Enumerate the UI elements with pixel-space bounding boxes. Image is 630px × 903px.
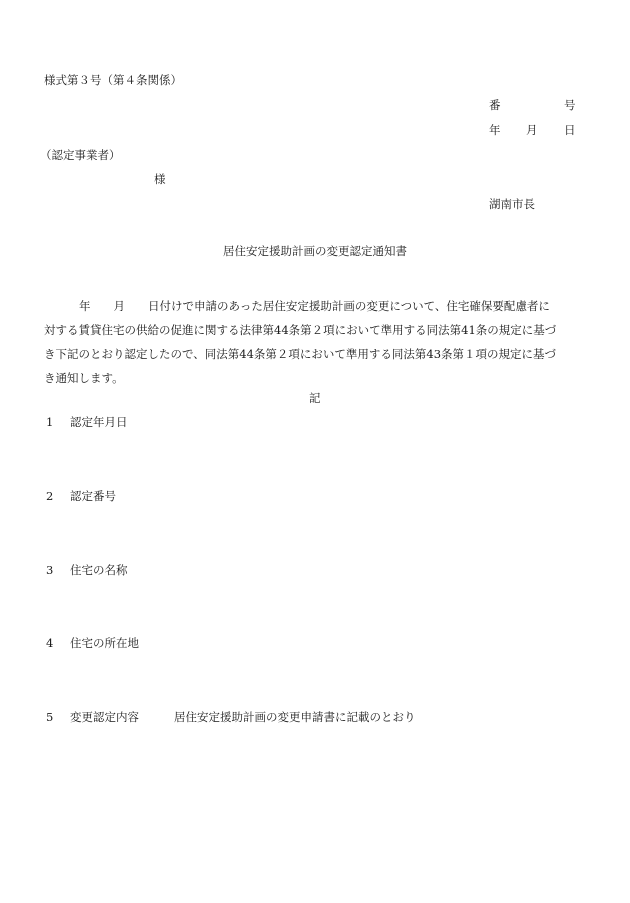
item-housing-name: 3住宅の名称 [46, 565, 128, 577]
item-number: 4 [46, 638, 70, 650]
item-label: 変更認定内容 [70, 710, 139, 724]
body-line-2: 対する賃貸住宅の供給の促進に関する法律第44条第２項において準用する同法第41条… [44, 318, 588, 342]
number-field-suffix: 号 [564, 100, 576, 112]
document-title: 居住安定援助計画の変更認定通知書 [0, 246, 630, 258]
recipient-label: （認定事業者） [40, 150, 121, 162]
item-label: 住宅の名称 [70, 563, 128, 577]
body-paragraph: 年月日付けで申請のあった居住安定援助計画の変更について、住宅確保要配慮者に 対す… [44, 294, 588, 390]
date-field-year: 年 [489, 125, 501, 137]
item-value: 居住安定援助計画の変更申請書に記載のとおり [139, 710, 416, 724]
form-number: 様式第３号（第４条関係） [44, 75, 182, 87]
body-line-3: き下記のとおり認定したので、同法第44条第２項において準用する同法第43条第１項… [44, 342, 588, 366]
body-line-1: 年月日付けで申請のあった居住安定援助計画の変更について、住宅確保要配慮者に [44, 294, 588, 318]
item-approval-number: 2認定番号 [46, 491, 116, 503]
body-line-4: き通知します。 [44, 366, 588, 390]
item-change-content: 5変更認定内容居住安定援助計画の変更申請書に記載のとおり [46, 712, 416, 724]
body-month: 月 [114, 299, 126, 313]
item-number: 3 [46, 565, 70, 577]
item-number: 1 [46, 417, 70, 429]
body-year: 年 [79, 299, 91, 313]
item-label: 認定年月日 [70, 415, 128, 429]
number-field-label: 番 [489, 100, 501, 112]
date-field-month: 月 [526, 125, 538, 137]
date-field-day: 日 [564, 125, 576, 137]
issuer-name: 湖南市長 [489, 199, 535, 211]
body-line-1-rest: 日付けで申請のあった居住安定援助計画の変更について、住宅確保要配慮者に [148, 299, 550, 313]
item-label: 認定番号 [70, 489, 116, 503]
item-number: 5 [46, 712, 70, 724]
recipient-honorific: 様 [154, 174, 166, 186]
item-label: 住宅の所在地 [70, 636, 139, 650]
item-approval-date: 1認定年月日 [46, 417, 128, 429]
item-housing-location: 4住宅の所在地 [46, 638, 139, 650]
item-number: 2 [46, 491, 70, 503]
ki-heading: 記 [309, 393, 321, 405]
